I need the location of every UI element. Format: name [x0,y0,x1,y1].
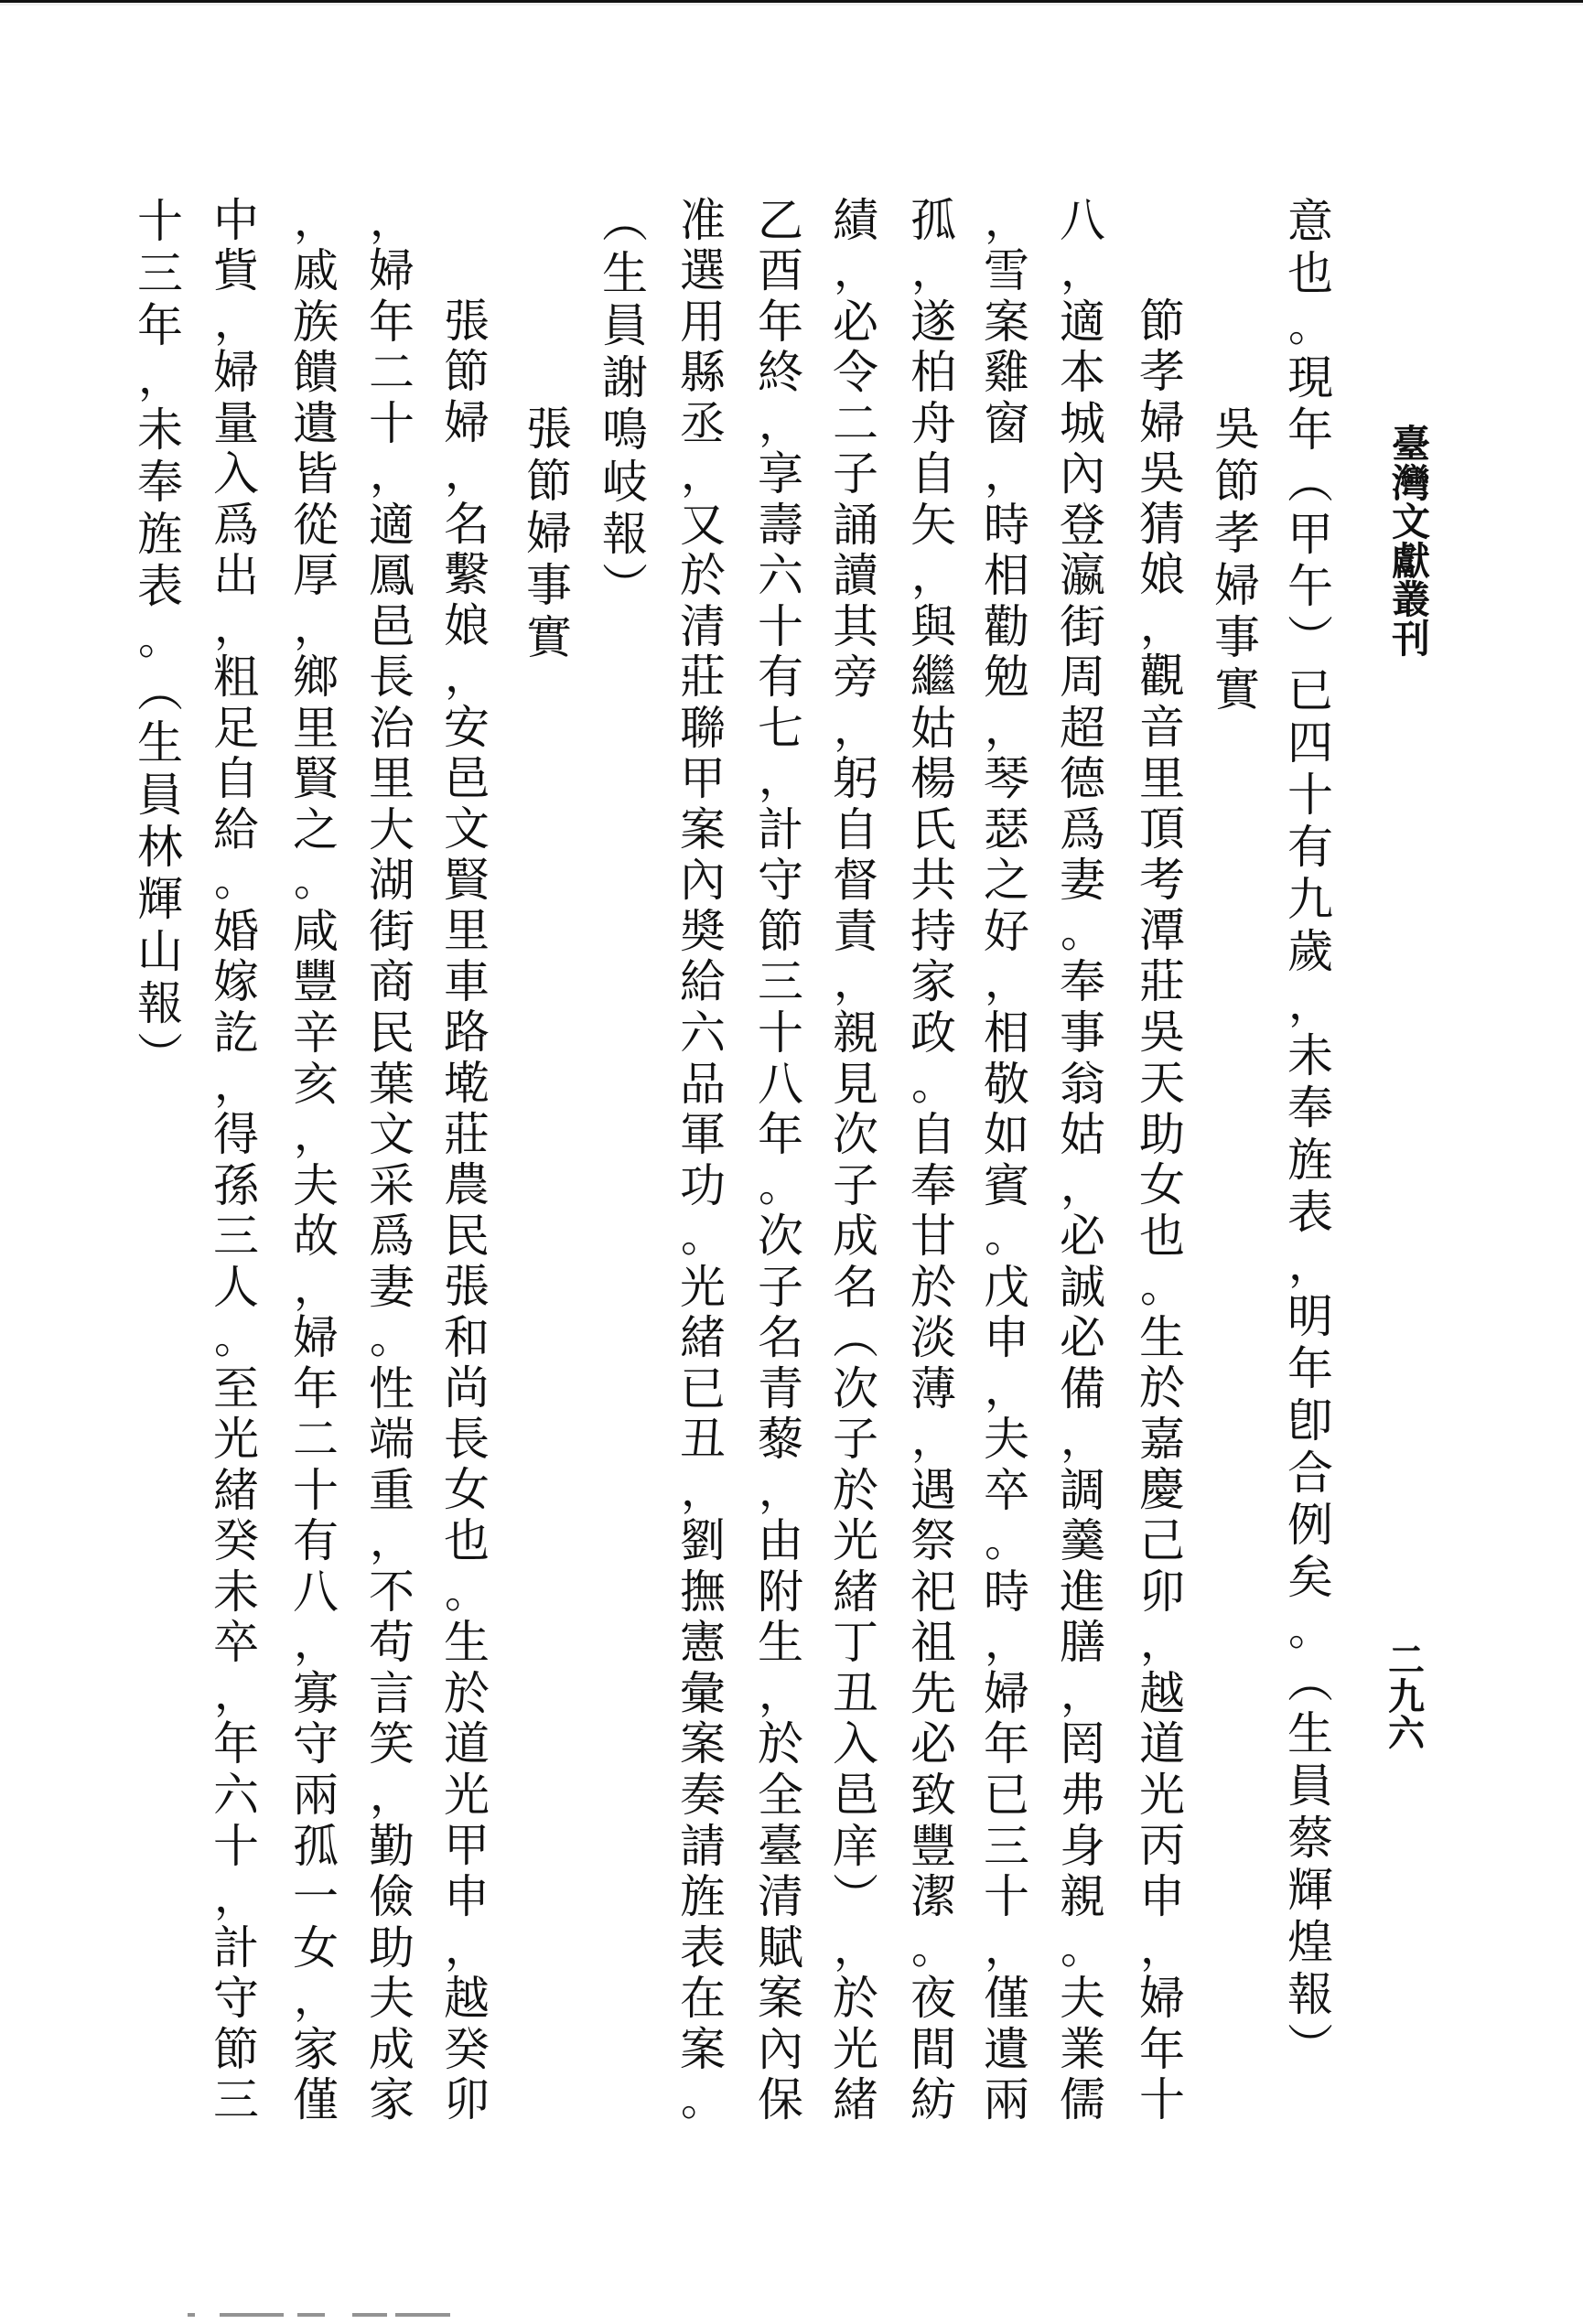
glyph: 。 [675,2075,730,2125]
glyph: 煌 [1283,1916,1338,1968]
glyph: 壽 [753,500,808,550]
glyph: 令 [828,348,883,398]
glyph: 附 [753,1566,808,1617]
glyph: 莊 [1135,956,1190,1006]
scan-artifact [297,2313,325,2317]
glyph: 十 [753,1008,808,1059]
glyph: 。 [906,1059,961,1109]
glyph: 楊 [906,754,961,804]
glyph: 文 [1385,503,1437,543]
glyph: 見 [828,1059,883,1109]
glyph: 嘉 [1135,1414,1190,1464]
glyph: 計 [753,804,808,855]
glyph: 遺 [979,2024,1034,2074]
glyph: 十 [133,195,188,247]
glyph: 超 [1055,703,1110,753]
glyph: 成 [364,2024,419,2074]
glyph: 緒 [209,1465,264,1515]
glyph: 故 [288,1211,343,1262]
glyph: 寡 [288,1668,343,1718]
glyph: 六 [675,1008,730,1059]
glyph: 先 [906,1668,961,1718]
glyph: 未 [209,1566,264,1617]
glyph: 墘 [439,1058,494,1108]
text-column-16: 十三年，未奉旌表。（生員林輝山報） 十三年，未奉旌表。︵生員林輝山報︶ [133,195,188,1081]
glyph: 案 [675,804,730,855]
glyph: 德 [1055,754,1110,804]
glyph: 用 [675,296,730,347]
glyph: 品 [675,1059,730,1109]
glyph: 。 [209,855,264,906]
running-head-title: 臺灣文獻叢刊 臺灣文獻叢刊 [1385,425,1437,659]
glyph: 於 [753,1719,808,1770]
glyph: 和 [439,1312,494,1362]
section-heading-wu: 吳節孝婦事實 吳節孝婦事實 [1210,403,1265,715]
glyph: 丑 [828,1668,883,1718]
glyph: 入 [209,449,264,500]
glyph: 也 [1283,247,1338,299]
glyph: 名 [828,1262,883,1312]
glyph: 年 [133,299,188,351]
glyph: 責 [828,906,883,956]
glyph: 娘 [1135,550,1190,600]
glyph: 員 [1283,1759,1338,1812]
glyph: 爲 [364,1211,419,1262]
glyph: 內 [753,2024,808,2074]
glyph: 天 [1135,1058,1190,1108]
glyph: 農 [439,1160,494,1210]
glyph: 成 [828,1211,883,1262]
glyph: 報 [1283,1968,1338,2020]
glyph: ， [288,601,343,651]
glyph: 里 [1135,753,1190,803]
glyph: 慶 [1135,1465,1190,1515]
glyph: 明 [1283,1290,1338,1342]
glyph: 家 [364,2075,419,2125]
glyph: ， [828,703,883,753]
glyph: ， [979,703,1034,753]
glyph: 治 [364,703,419,753]
glyph: 吳 [1135,448,1190,499]
glyph: 申 [439,1871,494,1921]
glyph: 時 [979,1566,1034,1617]
glyph: 岐 [598,456,652,508]
glyph: 豐 [288,957,343,1007]
glyph: 臺 [753,1821,808,1871]
glyph: 次 [828,1363,883,1414]
glyph: 粗 [209,652,264,703]
glyph: 蔡 [1283,1812,1338,1864]
glyph: ， [979,449,1034,500]
glyph: 兩 [288,1770,343,1820]
glyph: 家 [906,957,961,1007]
glyph: 意 [1283,195,1338,247]
glyph: ， [906,1415,961,1465]
glyph: ， [133,351,188,403]
glyph: 潔 [906,1872,961,1922]
scan-artifact [352,2313,387,2317]
glyph: 鳳 [364,551,419,601]
glyph: 。 [1283,299,1338,351]
glyph: 案 [675,2024,730,2074]
glyph: 六 [209,1770,264,1820]
glyph: 生 [1135,1312,1190,1362]
glyph: 爲 [209,500,264,550]
glyph: 猜 [1135,499,1190,549]
glyph: 備 [1055,1363,1110,1414]
glyph: 甲 [1283,508,1338,560]
glyph: 孝 [1210,507,1265,559]
glyph: ， [288,1974,343,2024]
scan-artifact [220,2313,284,2317]
glyph: ， [753,1465,808,1515]
glyph: 潭 [1135,906,1190,956]
glyph: 未 [133,403,188,456]
glyph: 周 [1055,652,1110,703]
glyph: 孤 [906,195,961,245]
glyph: 在 [675,1974,730,2024]
glyph: 賢 [439,855,494,905]
glyph: 給 [209,804,264,855]
glyph: 光 [828,1516,883,1566]
glyph: 准 [675,195,730,245]
glyph: 妻 [1055,855,1110,906]
glyph: 。 [675,1211,730,1262]
glyph: 有 [753,652,808,703]
glyph: 於 [1135,1363,1190,1414]
glyph: 豐 [906,1821,961,1871]
glyph: ， [209,1872,264,1922]
glyph: 膳 [1055,1618,1110,1668]
glyph: 時 [979,500,1034,550]
glyph: 於 [675,551,730,601]
glyph: 女 [439,1465,494,1515]
glyph: 祭 [906,1516,961,1566]
glyph: 張 [439,1262,494,1312]
glyph: 之 [979,855,1034,906]
glyph: 光 [828,2024,883,2074]
glyph: 弗 [1055,1770,1110,1820]
glyph: 窗 [979,398,1034,448]
glyph: 僅 [288,2075,343,2125]
glyph: 旌 [1283,1134,1338,1186]
glyph: 。 [1283,1603,1338,1655]
glyph: 婦 [209,348,264,398]
glyph: 輝 [133,873,188,925]
glyph: 從 [288,500,343,550]
glyph: 。 [1135,1262,1190,1312]
glyph: 族 [288,296,343,347]
glyph: 卒 [979,1465,1034,1515]
glyph: 光 [675,1262,730,1312]
glyph: 邑 [364,601,419,651]
glyph: ︶ [1283,2020,1338,2072]
glyph: ， [1135,600,1190,651]
glyph: 癸 [439,2024,494,2074]
glyph: 里 [364,754,419,804]
glyph: 癸 [209,1516,264,1566]
glyph: 里 [288,703,343,753]
glyph: 山 [133,925,188,977]
glyph: 足 [209,703,264,753]
glyph: 申 [1135,1871,1190,1921]
glyph: 婦 [364,246,419,296]
glyph: 道 [439,1719,494,1770]
glyph: 孫 [209,1160,264,1210]
glyph: ， [979,1363,1034,1414]
glyph: 道 [1135,1719,1190,1770]
glyph: 。 [979,1516,1034,1566]
glyph: 臺 [1385,425,1437,465]
glyph: 年 [753,1110,808,1160]
glyph: 邑 [439,753,494,803]
glyph: 年 [288,1363,343,1414]
glyph: 年 [1283,1342,1338,1394]
glyph: 勉 [979,652,1034,703]
glyph: 雪 [979,246,1034,296]
glyph: 葉 [364,1059,419,1109]
glyph: 旌 [133,508,188,560]
page-number: 二九六 二九六 [1381,1642,1432,1752]
glyph: 案 [675,1719,730,1770]
glyph: 例 [1283,1499,1338,1551]
glyph: ， [1135,1922,1190,1973]
glyph: 婦 [1135,397,1190,447]
glyph: 緒 [675,1313,730,1363]
glyph: 自 [906,449,961,500]
glyph: 自 [906,1110,961,1160]
glyph: 生 [133,716,188,769]
glyph: ， [1055,246,1110,296]
glyph: ， [753,754,808,804]
glyph: 。 [439,1566,494,1617]
glyph: ， [675,449,730,500]
glyph: 莊 [675,652,730,703]
glyph: 琴 [979,754,1034,804]
scan-artifact [188,2313,195,2317]
glyph: 儒 [1055,2075,1110,2125]
glyph: 登 [1055,500,1110,550]
glyph: 奬 [675,906,730,956]
glyph: 吳 [1210,403,1265,455]
reporter-attribution-wu: （生員謝鳴岐報） ︵生員謝鳴岐報︶ [598,195,652,612]
glyph: 孝 [1135,347,1190,397]
glyph: 縣 [675,348,730,398]
glyph: 戚 [288,246,343,296]
glyph: ， [979,195,1034,245]
glyph: 勸 [979,601,1034,651]
text-column-15: 中貲，婦量入爲出，粗足自給。婚嫁訖，得孫三人。至光緒癸未卒，年六十，計守節三 中… [209,195,264,2125]
glyph: 遂 [906,296,961,347]
glyph: 遺 [288,398,343,448]
glyph: 三 [133,247,188,299]
glyph: 丁 [828,1618,883,1668]
glyph: 由 [753,1516,808,1566]
glyph: 婚 [209,906,264,956]
glyph: 輝 [1283,1864,1338,1916]
glyph: ， [828,1922,883,1973]
glyph: 繼 [906,652,961,703]
glyph: 表 [675,1922,730,1973]
glyph: 奉 [133,456,188,508]
glyph: 適 [1055,296,1110,347]
glyph: 厚 [288,551,343,601]
glyph: 全 [753,1770,808,1820]
glyph: 人 [209,1262,264,1312]
glyph: 緒 [828,1566,883,1617]
glyph: 量 [209,398,264,448]
glyph: 三 [209,2075,264,2125]
glyph: ， [979,1618,1034,1668]
glyph: 自 [209,754,264,804]
glyph: ， [209,296,264,347]
glyph: 十 [288,1465,343,1515]
glyph: 必 [1055,1313,1110,1363]
glyph: 刊 [1385,620,1437,660]
glyph: 選 [675,246,730,296]
glyph: 報 [133,977,188,1029]
glyph: 督 [828,855,883,906]
glyph: 業 [1055,2024,1110,2074]
glyph: 雞 [979,348,1034,398]
glyph: 案 [979,296,1034,347]
glyph: 卒 [209,1618,264,1668]
glyph: 二 [1381,1642,1432,1679]
glyph: 實 [522,611,576,663]
glyph: 亥 [288,1059,343,1109]
glyph: 九 [1283,873,1338,925]
glyph: 奉 [1055,957,1110,1007]
glyph: ， [364,449,419,500]
glyph: 辛 [288,1008,343,1059]
glyph: 歲 [1283,925,1338,977]
glyph: 子 [828,1160,883,1210]
glyph: ， [1283,977,1338,1029]
glyph: ， [439,1922,494,1973]
glyph: 女 [1135,1160,1190,1210]
glyph: 。 [1055,906,1110,956]
glyph: 年 [753,296,808,347]
glyph: 計 [209,1922,264,1973]
glyph: 實 [1210,663,1265,715]
glyph: 子 [828,1415,883,1465]
glyph: ︵ [1283,1655,1338,1707]
glyph: 得 [209,1110,264,1160]
glyph: 六 [753,551,808,601]
glyph: ， [288,1110,343,1160]
glyph: 年 [364,296,419,347]
glyph: 婦 [288,1313,343,1363]
glyph: 適 [364,500,419,550]
text-column-9: 准選用縣丞，又於清莊聯甲案內奬給六品軍功。光緒已丑，劉撫憲彙案奏請旌表在案。 准… [675,195,730,2125]
glyph: ， [209,1059,264,1109]
glyph: 獻 [1385,543,1437,582]
glyph: 藜 [753,1415,808,1465]
glyph: 。 [906,1922,961,1973]
glyph: ， [979,957,1034,1007]
glyph: 家 [288,2024,343,2074]
glyph: 二 [828,398,883,448]
glyph: 奉 [1283,1081,1338,1134]
glyph: 甘 [906,1211,961,1262]
glyph: 。 [979,1211,1034,1262]
glyph: 婦 [1135,1974,1190,2024]
glyph: 庠 [828,1821,883,1871]
glyph: 賢 [288,754,343,804]
glyph: ︵ [598,195,652,247]
glyph: 親 [828,1008,883,1059]
glyph: 考 [1135,855,1190,905]
glyph: 苟 [364,1618,419,1668]
glyph: 婦 [1210,559,1265,611]
glyph: 報 [598,508,652,560]
glyph: 節 [439,347,494,397]
glyph: 姑 [1055,1110,1110,1160]
glyph: 娘 [439,600,494,651]
glyph: 二 [364,348,419,398]
glyph: 年 [209,1719,264,1770]
glyph: 守 [753,855,808,906]
glyph: 生 [1283,1707,1338,1759]
glyph: ︶ [1283,612,1338,664]
glyph: 政 [906,1008,961,1059]
glyph: 勤 [364,1821,419,1871]
glyph: 十 [1135,2075,1190,2125]
glyph: 張 [522,403,576,455]
glyph: 饋 [288,348,343,398]
glyph: 生 [439,1618,494,1668]
glyph: 午 [1283,560,1338,612]
glyph: 街 [364,906,419,956]
glyph: 事 [1210,611,1265,663]
glyph: 賦 [753,1922,808,1973]
glyph: 謝 [598,351,652,403]
glyph: 繫 [439,550,494,600]
glyph: 鳴 [598,403,652,456]
glyph: 劉 [675,1516,730,1566]
glyph: 案 [753,1974,808,2024]
glyph: 鄉 [288,652,343,703]
glyph: ， [209,1668,264,1718]
glyph: 罔 [1055,1719,1110,1770]
glyph: 也 [1135,1210,1190,1261]
glyph: ， [364,195,419,245]
glyph: 長 [364,652,419,703]
glyph: 十 [979,1872,1034,1922]
glyph: 。 [133,612,188,664]
glyph: 里 [439,906,494,956]
glyph: 聯 [675,703,730,753]
glyph: 已 [1283,664,1338,716]
glyph: 也 [439,1516,494,1566]
glyph: 於 [439,1668,494,1718]
glyph: 致 [906,1770,961,1820]
glyph: 生 [598,247,652,299]
glyph: 十 [1283,769,1338,821]
glyph: 表 [1283,1186,1338,1238]
glyph: 現 [1283,351,1338,403]
glyph: 咸 [288,906,343,956]
glyph: 丑 [675,1415,730,1465]
glyph: 清 [753,1872,808,1922]
glyph: 本 [1055,348,1110,398]
glyph: 有 [288,1516,343,1566]
glyph: 城 [1055,398,1110,448]
glyph: 一 [288,1872,343,1922]
glyph: 必 [828,296,883,347]
glyph: 終 [753,348,808,398]
glyph: 績 [828,195,883,245]
